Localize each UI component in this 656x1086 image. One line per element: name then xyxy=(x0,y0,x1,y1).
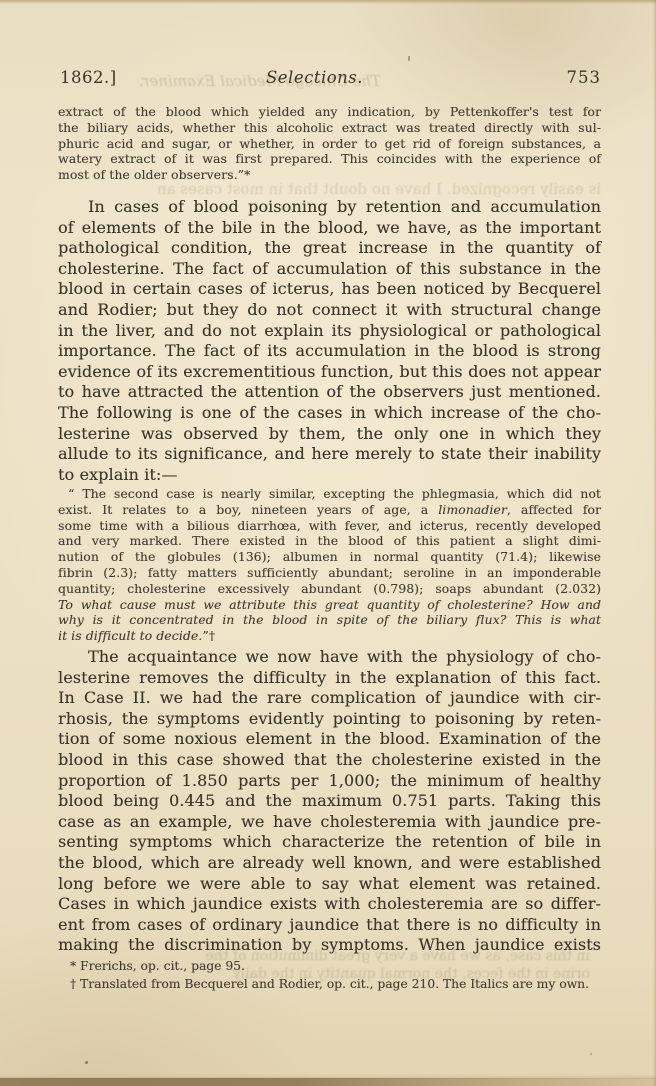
text-segment: rhosis, the symptoms evidently pointing … xyxy=(58,709,601,728)
page-bottom-shadow xyxy=(0,1078,656,1086)
text-line: blood being 0.445 and the maximum 0.751 … xyxy=(58,791,601,812)
text-line: to explain it:— xyxy=(58,465,601,486)
text-segment: and very marked. There existed in the bl… xyxy=(58,533,601,548)
text-line: extract of the blood which yielded any i… xyxy=(58,104,601,120)
text-segment: the biliary acids, whether this alcoholi… xyxy=(58,120,601,135)
text-line: blood in certain cases of icterus, has b… xyxy=(58,279,601,300)
text-line: most of the older observers.”* xyxy=(58,167,601,183)
text-segment: some time with a bilious diarrhœa, with … xyxy=(58,518,601,533)
text-segment: senting symptoms which characterize the … xyxy=(58,832,601,851)
footnote: † Translated from Becquerel and Rodier, … xyxy=(58,976,601,994)
scanned-book-page: The Chicago Medical Examiner. is easily … xyxy=(0,0,656,1086)
text-line: senting symptoms which characterize the … xyxy=(58,832,601,853)
text-line: the biliary acids, whether this alcoholi… xyxy=(58,120,601,136)
text-segment: ”† xyxy=(202,628,215,643)
text-line: proportion of 1.850 parts per 1,000; the… xyxy=(58,771,601,792)
text-line: fibrin (2.3); fatty matters sufficiently… xyxy=(58,565,601,581)
page-top-edge xyxy=(0,0,656,4)
text-segment: exist. It relates to a boy, nineteen yea… xyxy=(58,502,438,517)
body-paragraph-1: In cases of blood poisoning by retention… xyxy=(58,197,601,485)
text-segment: the blood, which are already well known,… xyxy=(58,853,601,872)
text-segment: cholesterine. The fact of accumulation o… xyxy=(58,259,601,278)
text-line: exist. It relates to a boy, nineteen yea… xyxy=(58,502,601,518)
text-line: long before we were able to say what ele… xyxy=(58,874,601,895)
text-line: “ The second case is nearly similar, exc… xyxy=(58,486,601,502)
text-line: In Case II. we had the rare complication… xyxy=(58,688,601,709)
text-segment: The following is one of the cases in whi… xyxy=(58,403,601,422)
text-line: The following is one of the cases in whi… xyxy=(58,403,601,424)
text-segment: In Case II. we had the rare complication… xyxy=(58,688,601,707)
running-header: 1862.] Selections. 753 xyxy=(58,68,601,88)
header-section-title: Selections. xyxy=(58,68,571,87)
footnote: * Frerichs, op. cit., page 95. xyxy=(58,958,601,976)
text-segment: making the discrimination by symptoms. W… xyxy=(58,935,601,954)
text-line: The acquaintance we now have with the ph… xyxy=(58,647,601,668)
text-line: ent from cases of ordinary jaundice that… xyxy=(58,915,601,936)
text-line: lesterine removes the difficulty in the … xyxy=(58,668,601,689)
text-segment: ent from cases of ordinary jaundice that… xyxy=(58,915,601,934)
text-segment: fibrin (2.3); fatty matters sufficiently… xyxy=(58,565,601,580)
text-line: quantity; cholesterine excessively abund… xyxy=(58,581,601,597)
text-segment: in the liver, and do not explain its phy… xyxy=(58,321,601,340)
text-segment: evidence of its excrementitious function… xyxy=(58,362,601,381)
text-segment: blood in this case showed that the chole… xyxy=(58,750,601,769)
text-line: tion of some noxious element in the bloo… xyxy=(58,729,601,750)
text-segment: long before we were able to say what ele… xyxy=(58,874,601,893)
text-segment: In cases of blood poisoning by retention… xyxy=(88,197,601,216)
text-line: to have attracted the attention of the o… xyxy=(58,382,601,403)
text-line: phuric acid and sugar, or whether, in or… xyxy=(58,136,601,152)
footnotes: * Frerichs, op. cit., page 95.† Translat… xyxy=(58,958,601,993)
quoted-case-paragraph: “ The second case is nearly similar, exc… xyxy=(58,486,601,644)
text-segment: lesterine was observed by them, the only… xyxy=(58,424,601,443)
text-segment: “ The second case is nearly similar, exc… xyxy=(68,486,601,501)
text-line: pathological condition, the great increa… xyxy=(58,238,601,259)
text-line: To what cause must we attribute this gre… xyxy=(58,597,601,613)
text-segment: to explain it:— xyxy=(58,465,177,484)
text-line: watery extract of it was first prepared.… xyxy=(58,151,601,167)
text-line: why is it concentrated in the blood in s… xyxy=(58,612,601,628)
header-page-number: 753 xyxy=(567,68,602,87)
italic-text: limonadier xyxy=(438,502,507,517)
text-segment: case as an example, we have cholesteremi… xyxy=(58,812,601,831)
text-segment: blood in certain cases of icterus, has b… xyxy=(58,279,601,298)
text-line: some time with a bilious diarrhœa, with … xyxy=(58,518,601,534)
italic-text: why is it concentrated in the blood in s… xyxy=(58,612,601,627)
text-line: blood in this case showed that the chole… xyxy=(58,750,601,771)
text-line: lesterine was observed by them, the only… xyxy=(58,424,601,445)
text-line: the blood, which are already well known,… xyxy=(58,853,601,874)
text-segment: of elements of the bile in the blood, we… xyxy=(58,218,601,237)
text-line: evidence of its excrementitious function… xyxy=(58,362,601,383)
text-segment: allude to its significance, and here mer… xyxy=(58,444,601,463)
text-line: rhosis, the symptoms evidently pointing … xyxy=(58,709,601,730)
continued-extract-paragraph: extract of the blood which yielded any i… xyxy=(58,104,601,183)
text-line: cholesterine. The fact of accumulation o… xyxy=(58,259,601,280)
text-line: of elements of the bile in the blood, we… xyxy=(58,218,601,239)
text-line: importance. The fact of its accumulation… xyxy=(58,341,601,362)
scan-speck xyxy=(590,1053,592,1055)
text-segment: Cases in which jaundice exists with chol… xyxy=(58,894,601,913)
text-segment: and Rodier; but they do not connect it w… xyxy=(58,300,601,319)
text-segment: to have attracted the attention of the o… xyxy=(58,382,601,401)
text-segment: pathological condition, the great increa… xyxy=(58,238,601,257)
text-line: nution of the globules (136); albumen in… xyxy=(58,549,601,565)
text-segment: quantity; cholesterine excessively abund… xyxy=(58,581,601,596)
italic-text: To what cause must we attribute this gre… xyxy=(58,597,601,612)
text-line: making the discrimination by symptoms. W… xyxy=(58,935,601,956)
text-segment: lesterine removes the difficulty in the … xyxy=(58,668,601,687)
text-segment: , affected for xyxy=(507,502,601,517)
text-line: and Rodier; but they do not connect it w… xyxy=(58,300,601,321)
text-line: In cases of blood poisoning by retention… xyxy=(58,197,601,218)
text-line: allude to its significance, and here mer… xyxy=(58,444,601,465)
italic-text: it is difficult to decide. xyxy=(58,628,202,643)
text-line: case as an example, we have cholesteremi… xyxy=(58,812,601,833)
body-paragraph-2: The acquaintance we now have with the ph… xyxy=(58,647,601,956)
text-segment: nution of the globules (136); albumen in… xyxy=(58,549,601,564)
text-segment: tion of some noxious element in the bloo… xyxy=(58,729,601,748)
scan-speck xyxy=(85,1061,88,1064)
text-line: it is difficult to decide.”† xyxy=(58,628,601,644)
text-segment: importance. The fact of its accumulation… xyxy=(58,341,601,360)
text-line: in the liver, and do not explain its phy… xyxy=(58,321,601,342)
text-line: and very marked. There existed in the bl… xyxy=(58,533,601,549)
scan-speck xyxy=(408,56,410,61)
text-segment: The acquaintance we now have with the ph… xyxy=(88,647,601,666)
text-segment: phuric acid and sugar, or whether, in or… xyxy=(58,136,601,151)
text-segment: blood being 0.445 and the maximum 0.751 … xyxy=(58,791,601,810)
text-line: Cases in which jaundice exists with chol… xyxy=(58,894,601,915)
text-segment: extract of the blood which yielded any i… xyxy=(58,104,601,119)
text-segment: most of the older observers.”* xyxy=(58,167,250,182)
text-segment: watery extract of it was first prepared.… xyxy=(58,151,601,166)
text-segment: proportion of 1.850 parts per 1,000; the… xyxy=(58,771,601,790)
